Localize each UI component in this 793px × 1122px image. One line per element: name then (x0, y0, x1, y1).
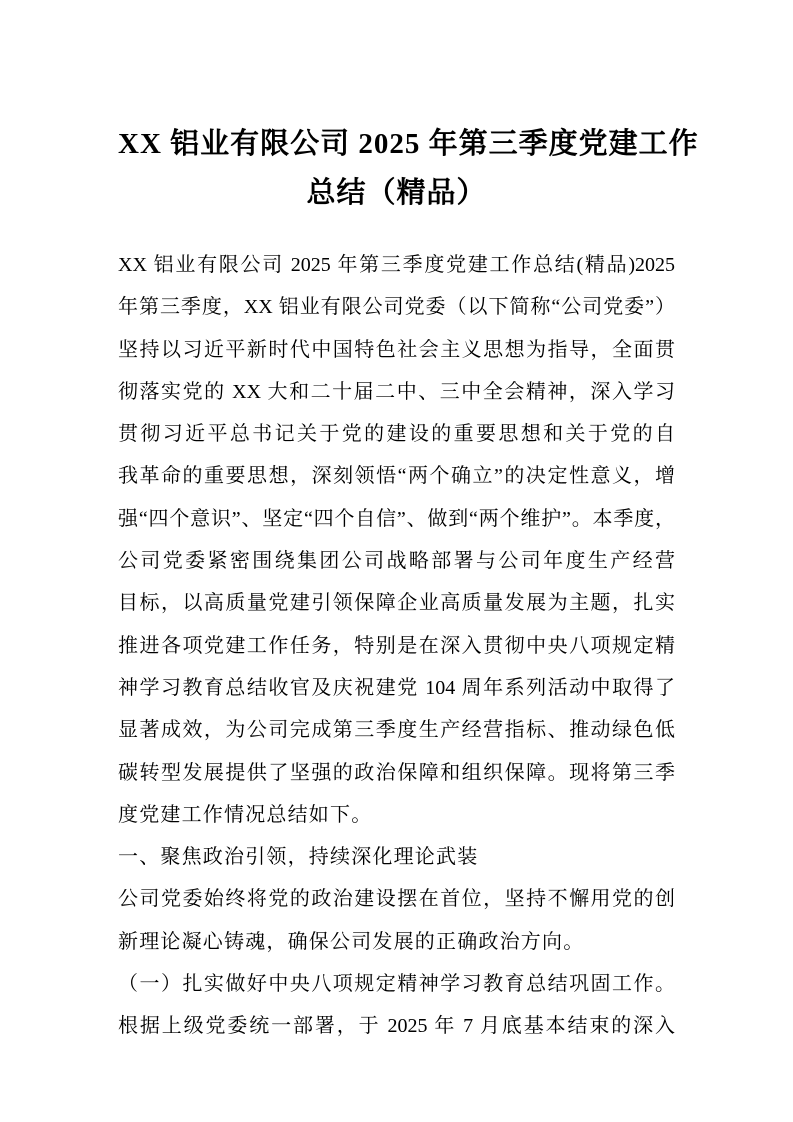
document-page: XX 铝业有限公司 2025 年第三季度党建工作 总结（精品） XX 铝业有限公… (0, 0, 793, 1122)
document-body: XX 铝业有限公司 2025 年第三季度党建工作总结(精品)2025年第三季度，… (118, 244, 675, 1048)
body-line-8: 公司党委紧密围绕集团公司战略部署与公司年度生产经营 (118, 540, 675, 582)
body-line-19: 根据上级党委统一部署，于 2025 年 7 月底基本结束的深入 (118, 1005, 675, 1047)
document-title-line-2: 总结（精品） (118, 169, 675, 218)
body-line-18: （一）扎实做好中央八项规定精神学习教育总结巩固工作。 (118, 963, 675, 1005)
body-line-3: 坚持以习近平新时代中国特色社会主义思想为指导，全面贯 (118, 329, 675, 371)
body-line-15: 一、聚焦政治引领，持续深化理论武装 (118, 836, 675, 878)
document-title-line-1: XX 铝业有限公司 2025 年第三季度党建工作 (118, 120, 675, 169)
body-line-17: 新理论凝心铸魂，确保公司发展的正确政治方向。 (118, 921, 675, 963)
body-line-6: 我革命的重要思想，深刻领悟“两个确立”的决定性意义，增 (118, 455, 675, 497)
body-line-10: 推进各项党建工作任务，特别是在深入贯彻中央八项规定精 (118, 625, 675, 667)
body-line-9: 目标，以高质量党建引领保障企业高质量发展为主题，扎实 (118, 582, 675, 624)
body-line-5: 贯彻习近平总书记关于党的建设的重要思想和关于党的自 (118, 413, 675, 455)
body-line-11: 神学习教育总结收官及庆祝建党 104 周年系列活动中取得了 (118, 667, 675, 709)
document-title: XX 铝业有限公司 2025 年第三季度党建工作 总结（精品） (118, 120, 675, 218)
body-line-1: XX 铝业有限公司 2025 年第三季度党建工作总结(精品)2025 (118, 244, 675, 286)
body-line-13: 碳转型发展提供了坚强的政治保障和组织保障。现将第三季 (118, 752, 675, 794)
body-line-14: 度党建工作情况总结如下。 (118, 794, 675, 836)
body-line-4: 彻落实党的 XX 大和二十届二中、三中全会精神，深入学习 (118, 371, 675, 413)
body-line-12: 显著成效，为公司完成第三季度生产经营指标、推动绿色低 (118, 709, 675, 751)
body-line-2: 年第三季度，XX 铝业有限公司党委（以下简称“公司党委”） (118, 286, 675, 328)
body-line-7: 强“四个意识”、坚定“四个自信”、做到“两个维护”。本季度， (118, 498, 675, 540)
body-line-16: 公司党委始终将党的政治建设摆在首位，坚持不懈用党的创 (118, 878, 675, 920)
